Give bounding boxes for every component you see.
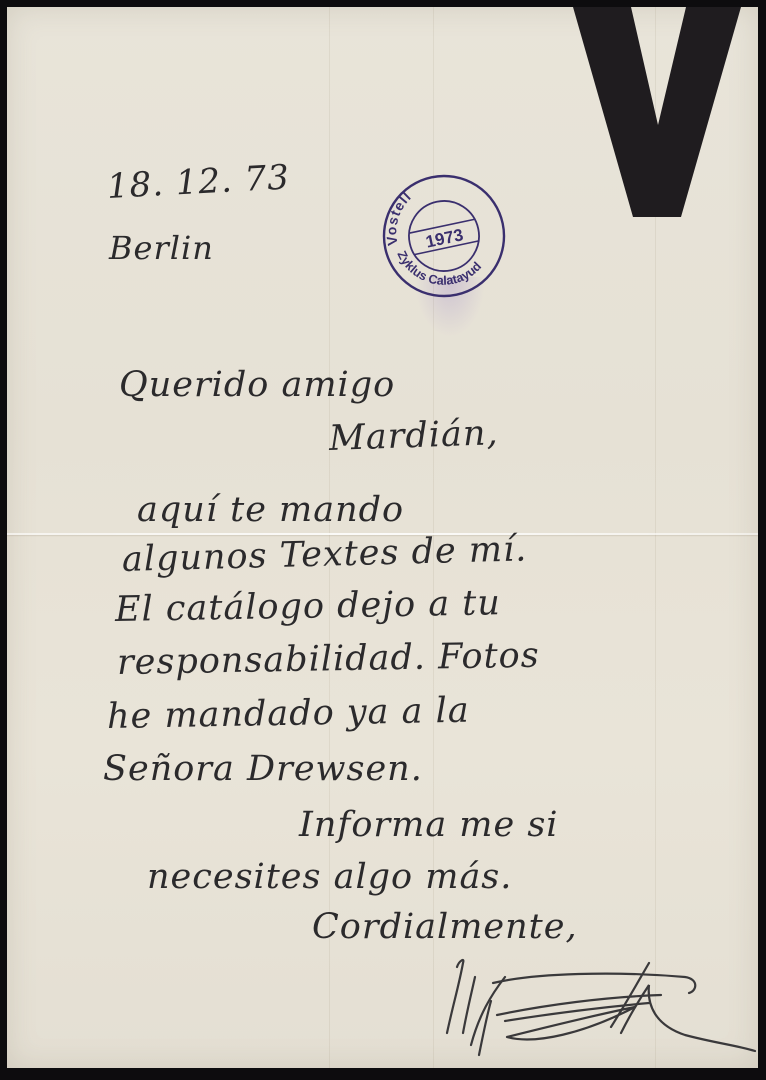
recipient-name: Mardián,	[328, 413, 499, 459]
svg-text:Vostell: Vostell	[380, 186, 423, 247]
letter-date: 18. 12. 73	[106, 157, 291, 207]
vostell-stamp: 1973 Vostell Zyklus Calatayud	[380, 172, 508, 300]
body-line: El catálogo dejo a tu	[115, 583, 502, 630]
stamp-top-text: Vostell	[380, 186, 423, 247]
closing-line: Cordialmente,	[312, 907, 578, 947]
body-line: Señora Drewsen.	[103, 749, 423, 789]
body-line: he mandado ya a la	[107, 691, 470, 737]
salutation-line: Querido amigo	[119, 365, 395, 405]
letter-place: Berlin	[109, 229, 214, 267]
signature: Vostell	[435, 955, 758, 1065]
body-line: aquí te mando	[137, 490, 404, 530]
letterhead-v-mark: V	[573, 7, 741, 217]
body-line: algunos Textes de mí.	[121, 529, 527, 580]
letter-paper: V 1973 Vostell Zyklus Calatayud 18. 12. …	[7, 7, 758, 1068]
body-line: responsabilidad. Fotos	[117, 636, 540, 683]
body-line: Informa me si	[299, 805, 559, 845]
body-line: necesites algo más.	[147, 857, 512, 897]
